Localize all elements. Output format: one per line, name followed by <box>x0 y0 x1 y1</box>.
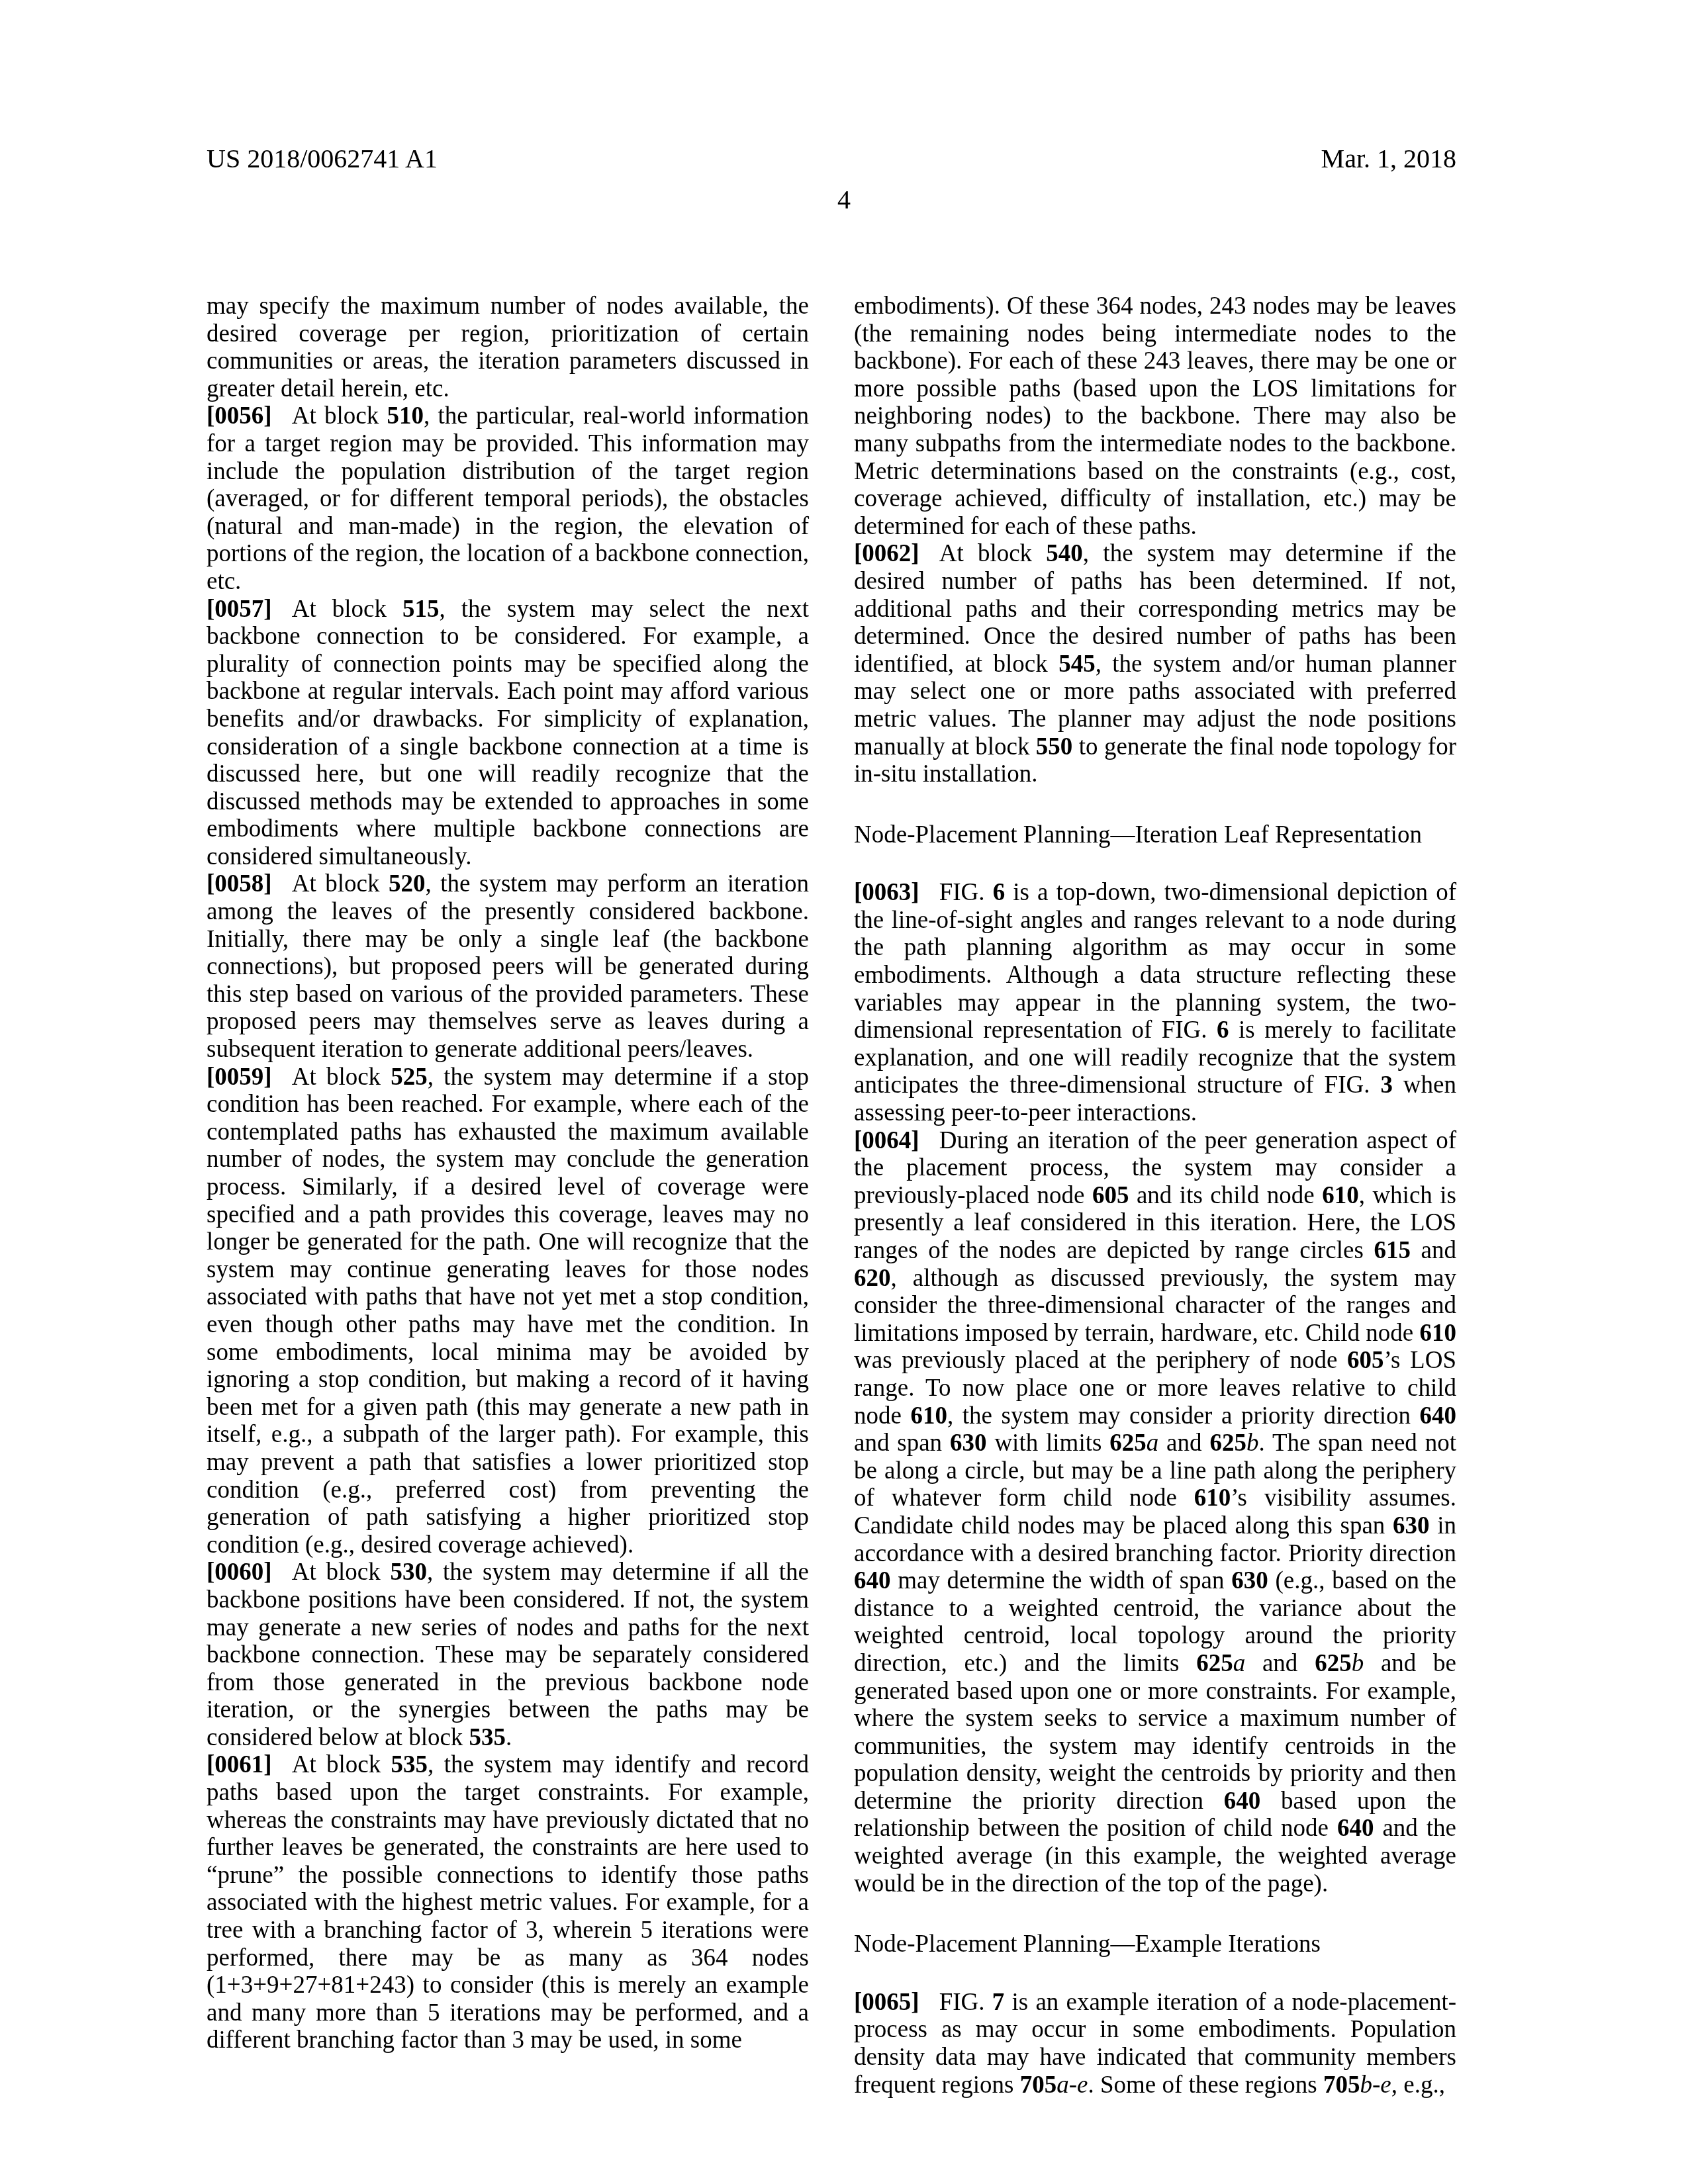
section-heading: Node-Placement Planning—Iteration Leaf R… <box>854 821 1456 849</box>
paragraph: embodiments). Of these 364 nodes, 243 no… <box>854 293 1456 540</box>
reference-numeral: 630 <box>1393 1512 1430 1539</box>
paragraph: [0058]At block 520, the system may perfo… <box>207 870 809 1063</box>
text-segment: , e.g., <box>1391 2071 1445 2099</box>
text-segment: At block <box>939 540 1047 567</box>
text-segment: , the system may determine if all the ba… <box>207 1559 809 1751</box>
reference-numeral: 540 <box>1046 540 1083 567</box>
reference-numeral: 640 <box>1337 1815 1374 1842</box>
left-column: may specify the maximum number of nodes … <box>207 293 809 2099</box>
text-segment: embodiments). Of these 364 nodes, 243 no… <box>854 293 1456 540</box>
paragraph-number: [0065] <box>854 1989 919 2016</box>
reference-numeral: 610 <box>1322 1182 1359 1209</box>
paragraph: [0062]At block 540, the system may deter… <box>854 540 1456 788</box>
paragraph: [0060]At block 530, the system may deter… <box>207 1559 809 1751</box>
patent-publication-number: US 2018/0062741 A1 <box>207 144 438 173</box>
reference-numeral: 510 <box>387 402 424 430</box>
reference-numeral: 605 <box>1092 1182 1129 1209</box>
text-segment: may specify the maximum number of nodes … <box>207 293 809 402</box>
paragraph: [0057]At block 515, the system may selec… <box>207 596 809 871</box>
paragraph-number: [0064] <box>854 1127 919 1154</box>
paragraph: [0065]FIG. 7 is an example iteration of … <box>854 1989 1456 2099</box>
reference-numeral: 545 <box>1058 651 1096 678</box>
reference-numeral: 610 <box>1194 1484 1231 1512</box>
reference-numeral: 705 <box>1020 2071 1057 2099</box>
text-segment: FIG. <box>939 879 993 906</box>
text-segment: was previously placed at the periphery o… <box>854 1347 1347 1374</box>
text-segment: At block <box>292 402 387 430</box>
reference-numeral: 625 <box>1315 1650 1352 1677</box>
paragraph-number: [0057] <box>207 596 272 623</box>
reference-letter: b <box>1352 1650 1364 1677</box>
reference-numeral: 7 <box>992 1989 1005 2016</box>
paragraph-number: [0058] <box>207 870 272 897</box>
page-number: 4 <box>0 185 1688 214</box>
reference-letter: a <box>1147 1430 1159 1457</box>
reference-numeral: 6 <box>1217 1017 1229 1044</box>
paragraph: [0061]At block 535, the system may ident… <box>207 1751 809 2054</box>
text-segment: , the system may determine if a stop con… <box>207 1064 809 1559</box>
text-segment: . Some of these regions <box>1088 2071 1323 2099</box>
paragraph-number: [0059] <box>207 1064 272 1091</box>
reference-numeral: 535 <box>469 1724 506 1751</box>
paragraph-number: [0056] <box>207 402 272 430</box>
reference-numeral: 610 <box>910 1402 947 1430</box>
reference-numeral: 625 <box>1196 1650 1233 1677</box>
text-columns: may specify the maximum number of nodes … <box>207 293 1456 2099</box>
reference-numeral: 610 <box>1420 1320 1457 1347</box>
reference-numeral: 705 <box>1323 2071 1360 2099</box>
section-heading: Node-Placement Planning—Example Iteratio… <box>854 1931 1456 1958</box>
text-segment: and <box>1158 1430 1209 1457</box>
text-segment: and <box>1411 1237 1456 1264</box>
reference-numeral: 620 <box>854 1265 891 1292</box>
text-segment: At block <box>292 1559 391 1586</box>
page-header: US 2018/0062741 A1 Mar. 1, 2018 <box>207 144 1456 173</box>
paragraph-number: [0060] <box>207 1559 272 1586</box>
reference-numeral: 625 <box>1209 1430 1246 1457</box>
reference-numeral: 640 <box>1419 1402 1456 1430</box>
paragraph: [0059]At block 525, the system may deter… <box>207 1064 809 1559</box>
paragraph-number: [0061] <box>207 1751 272 1778</box>
reference-numeral: 615 <box>1374 1237 1411 1264</box>
text-segment: may determine the width of span <box>891 1567 1232 1594</box>
text-segment: At block <box>292 1751 391 1778</box>
reference-numeral: 630 <box>950 1430 987 1457</box>
text-segment: Node-Placement Planning—Iteration Leaf R… <box>854 821 1422 848</box>
text-segment: Node-Placement Planning—Example Iteratio… <box>854 1931 1321 1958</box>
text-segment: , the system may identify and record pat… <box>207 1751 809 2054</box>
text-segment: with limits <box>987 1430 1110 1457</box>
text-segment: and <box>1245 1650 1315 1677</box>
text-segment: , the system may select the next backbon… <box>207 596 809 870</box>
text-segment: , the particular, real-world information… <box>207 402 809 595</box>
reference-numeral: 520 <box>389 870 426 897</box>
text-segment: At block <box>292 596 402 623</box>
reference-numeral: 535 <box>391 1751 428 1778</box>
reference-letter: b <box>1246 1430 1259 1457</box>
reference-numeral: 640 <box>1224 1788 1261 1815</box>
text-segment: and its child node <box>1129 1182 1322 1209</box>
text-segment: . <box>506 1724 512 1751</box>
reference-letter: a-e <box>1056 2071 1088 2099</box>
paragraph: [0056]At block 510, the particular, real… <box>207 402 809 595</box>
publication-date: Mar. 1, 2018 <box>1321 144 1456 173</box>
reference-numeral: 640 <box>854 1567 891 1594</box>
reference-numeral: 3 <box>1380 1071 1393 1099</box>
text-segment: At block <box>292 1064 391 1091</box>
paragraph: [0063]FIG. 6 is a top-down, two-dimensio… <box>854 879 1456 1126</box>
text-segment: FIG. <box>939 1989 992 2016</box>
paragraph: may specify the maximum number of nodes … <box>207 293 809 402</box>
text-segment: , the system may consider a priority dir… <box>947 1402 1420 1430</box>
reference-numeral: 530 <box>390 1559 427 1586</box>
right-column: embodiments). Of these 364 nodes, 243 no… <box>854 293 1456 2099</box>
paragraph-number: [0062] <box>854 540 919 567</box>
reference-numeral: 625 <box>1109 1430 1147 1457</box>
reference-letter: a <box>1233 1650 1246 1677</box>
reference-numeral: 525 <box>391 1064 428 1091</box>
reference-letter: b-e <box>1360 2071 1391 2099</box>
text-segment: , the system may perform an iteration am… <box>207 870 809 1063</box>
reference-numeral: 605 <box>1347 1347 1384 1374</box>
reference-numeral: 630 <box>1231 1567 1268 1594</box>
text-segment: , although as discussed previously, the … <box>854 1265 1456 1347</box>
reference-numeral: 515 <box>402 596 440 623</box>
reference-numeral: 6 <box>993 879 1006 906</box>
reference-numeral: 550 <box>1036 733 1073 760</box>
paragraph: [0064]During an iteration of the peer ge… <box>854 1127 1456 1898</box>
text-segment: At block <box>292 870 389 897</box>
patent-page: US 2018/0062741 A1 Mar. 1, 2018 4 may sp… <box>0 0 1688 2184</box>
paragraph-number: [0063] <box>854 879 919 906</box>
text-segment: and span <box>854 1430 950 1457</box>
